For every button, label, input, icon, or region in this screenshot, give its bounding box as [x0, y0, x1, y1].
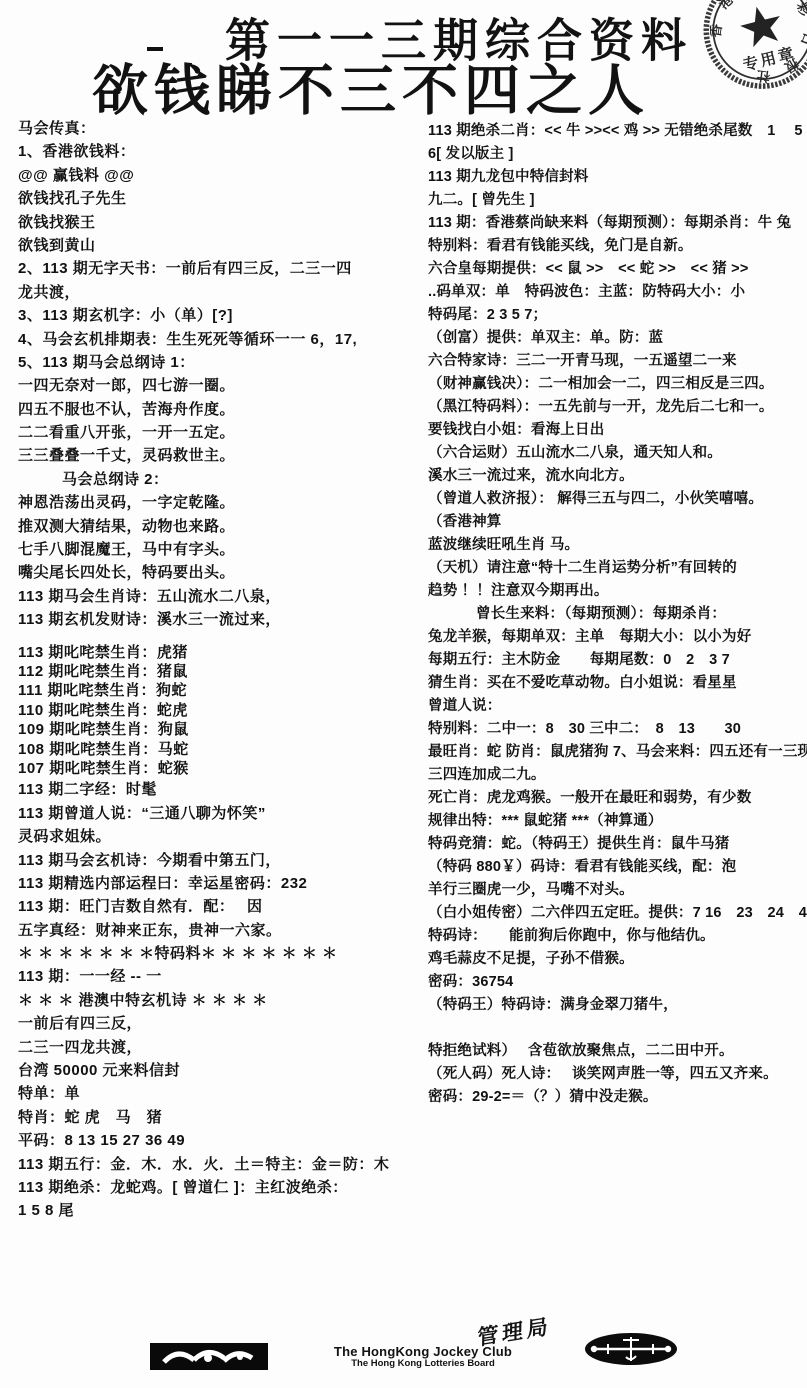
- text-line: （天机）请注意“特十二生肖运势分析”有回转的: [428, 557, 807, 580]
- text-line: 九二。[ 曾先生 ]: [428, 189, 807, 212]
- text-line: 113 期绝杀：龙蛇鸡。[ 曾道仁 ]：主红波绝杀：: [18, 1176, 428, 1199]
- lotteries-board-name: The Hong Kong Lotteries Board: [316, 1358, 530, 1369]
- page-subtitle: 欲钱睇不三不四之人: [92, 48, 650, 126]
- text-line: 二三一四龙共渡，: [18, 1036, 428, 1059]
- text-line: 兔龙羊猴，每期单双：主单 每期大小：以小为好: [428, 626, 807, 649]
- text-line: 109 期叱咤禁生肖：狗鼠: [18, 720, 428, 739]
- handwritten-note: 管理局: [477, 1310, 552, 1352]
- text-line: 特单：单: [18, 1082, 428, 1105]
- jockey-club-logo-graphic: [150, 1343, 268, 1370]
- text-line: 113 期曾道人说：“三通八聊为怀笑”: [18, 802, 428, 825]
- lotteries-board-logo: [583, 1330, 679, 1368]
- text-line: 2、113 期无字天书：一前后有四三反，二三一四: [18, 257, 428, 280]
- jockey-club-logo: [150, 1343, 268, 1370]
- text-line: 马会总纲诗 2：: [18, 468, 428, 491]
- text-line: [428, 1017, 807, 1040]
- text-line: 马会传真：: [18, 117, 428, 140]
- text-line: ＊ ＊ ＊ ＊ ＊ ＊ ＊特码料＊ ＊ ＊ ＊ ＊ ＊ ＊: [18, 942, 428, 965]
- text-line: （六合运财）五山流水二八泉，通天知人和。: [428, 442, 807, 465]
- right-column: 113 期绝杀二肖：<< 牛 >><< 鸡 >> 无错绝杀尾数 1 56[ 发以…: [428, 120, 807, 1109]
- text-line: 二二看重八开张，一开一五定。: [18, 421, 428, 444]
- left-column: 马会传真：1、香港欲钱料：@@ 赢钱料 @@欲钱找孔子先生欲钱找猴王欲钱到黄山2…: [18, 117, 428, 1223]
- text-line: 欲钱找孔子先生: [18, 187, 428, 210]
- text-line: 113 期马会生肖诗：五山流水二八泉，: [18, 585, 428, 608]
- text-line: 4、马会玄机排期表：生生死死等循环一一 6，17,: [18, 328, 428, 351]
- text-line: 密码：29-2=＝（？）猜中没走猴。: [428, 1086, 807, 1109]
- text-line: （特码 880￥）码诗：看君有钱能买线，配：泡: [428, 856, 807, 879]
- text-line: 平码：8 13 15 27 36 49: [18, 1129, 428, 1152]
- text-line: 神恩浩荡出灵码，一字定乾隆。: [18, 491, 428, 514]
- text-line: 特码尾：2 3 5 7；: [428, 304, 807, 327]
- text-line: 曾长生来料：（每期预测）：每期杀肖：: [428, 603, 807, 626]
- text-line: 113 期绝杀二肖：<< 牛 >><< 鸡 >> 无错绝杀尾数 1 5: [428, 120, 807, 143]
- text-line: 六合特家诗：三二一开青马现，一五遥望二一来: [428, 350, 807, 373]
- text-line: 趋势 ！！注意双今期再出。: [428, 580, 807, 603]
- text-line: 111 期叱咤禁生肖：狗蛇: [18, 681, 428, 700]
- text-line: 113 期：一一经 -- 一: [18, 965, 428, 988]
- text-line: 规律出特：*** 鼠蛇猪 ***（神算通）: [428, 810, 807, 833]
- text-line: 特别料：二中一：8 30 三中二： 8 13 30: [428, 718, 807, 741]
- text-line: 113 期叱咤禁生肖：虎猪: [18, 643, 428, 662]
- text-line: 四五不服也不认，苦海舟作度。: [18, 398, 428, 421]
- text-line: 113 期五行：金．木．水．火．土＝特主：金＝防：木: [18, 1153, 428, 1176]
- text-line: 羊行三圈虎一少，马嘴不对头。: [428, 879, 807, 902]
- text-line: 特码竞猜：蛇。（特码王）提供生肖：鼠牛马猪: [428, 833, 807, 856]
- text-line: （特码王）特码诗：满身金翠刀猪牛，: [428, 994, 807, 1017]
- text-line: 113 期：香港蔡尚缺来料（每期预测）：每期杀肖：牛 兔: [428, 212, 807, 235]
- text-line: 嘴尖尾长四处长，特码要出头。: [18, 561, 428, 584]
- text-line: 七手八脚混魔王，马中有字头。: [18, 538, 428, 561]
- lottery-info-sheet: 第一一三期综合资料 欲钱睇不三不四之人 香港六合彩日报社 专用章 马会传真：1、…: [0, 0, 807, 1388]
- text-line: 1 5 8 尾: [18, 1199, 428, 1222]
- text-line: 113 期九龙包中特信封料: [428, 166, 807, 189]
- lotteries-board-logo-graphic: [583, 1330, 679, 1368]
- text-line: 107 期叱咤禁生肖：蛇猴: [18, 759, 428, 778]
- text-line: 最旺肖：蛇 防肖：鼠虎猪狗 7、马会来料：四五还有一三现，: [428, 741, 807, 764]
- text-line: 欲钱到黄山: [18, 234, 428, 257]
- text-line: 一前后有四三反，: [18, 1012, 428, 1035]
- text-line: （曾道人救济报）： 解得三五与四二，小伙笑嘻嘻。: [428, 488, 807, 511]
- text-line: 113 期：旺门吉数自然有．配： 因: [18, 895, 428, 918]
- text-line: （创富）提供：单双主：单。防：蓝: [428, 327, 807, 350]
- text-line: 猜生肖：买在不爱吃草动物。白小姐说：看星星: [428, 672, 807, 695]
- text-line: 1、香港欲钱料：: [18, 140, 428, 163]
- text-line: 112 期叱咤禁生肖：猪鼠: [18, 662, 428, 681]
- text-line: （财神赢钱决）：二一相加会一二，四三相反是三四。: [428, 373, 807, 396]
- text-line: 113 期马会玄机诗：今期看中第五门，: [18, 849, 428, 872]
- text-line: 五字真经：财神来正东，贵神一六家。: [18, 919, 428, 942]
- text-line: 六合皇每期提供：<< 鼠 >> << 蛇 >> << 猪 >>: [428, 258, 807, 281]
- text-line: 110 期叱咤禁生肖：蛇虎: [18, 701, 428, 720]
- text-line: 6[ 发以版主 ]: [428, 143, 807, 166]
- text-line: 三三叠叠一千丈，灵码救世主。: [18, 444, 428, 467]
- text-line: 台湾 50000 元来料信封: [18, 1059, 428, 1082]
- text-line: 三四连加成二九。: [428, 764, 807, 787]
- text-line: 5、113 期马会总纲诗 1：: [18, 351, 428, 374]
- text-line: 要钱找白小姐：看海上日出: [428, 419, 807, 442]
- text-line: 推双测大猜结果，动物也来路。: [18, 515, 428, 538]
- text-line: （白小姐传密）二六伴四五定旺。提供：7 16 23 24 45: [428, 902, 807, 925]
- text-line: 溪水三一流过来，流水向北方。: [428, 465, 807, 488]
- text-line: 龙共渡，: [18, 281, 428, 304]
- text-line: 鸡毛蒜皮不足提，子孙不借猴。: [428, 948, 807, 971]
- star-icon: [737, 2, 786, 49]
- text-line: 灵码求姐妹。: [18, 825, 428, 848]
- text-line: 108 期叱咤禁生肖：马蛇: [18, 740, 428, 759]
- text-line: 死亡肖：虎龙鸡猴。一般开在最旺和弱势，有少数: [428, 787, 807, 810]
- text-line: 曾道人说：: [428, 695, 807, 718]
- text-line: 特别料：看君有钱能买线，免门是自新。: [428, 235, 807, 258]
- text-line: （死人码）死人诗： 谈笑网声胜一等，四五又齐来。: [428, 1063, 807, 1086]
- text-line: 113 期玄机发财诗：溪水三一流过来，: [18, 608, 428, 631]
- text-line: 一四无奈对一郎，四七游一圈。: [18, 374, 428, 397]
- text-line: 每期五行：主木防金 每期尾数：0 2 3 7: [428, 649, 807, 672]
- text-line: 特码诗： 能前狗后你跑中，你与他结仇。: [428, 925, 807, 948]
- text-line: （香港神算: [428, 511, 807, 534]
- text-line: @@ 赢钱料 @@: [18, 164, 428, 187]
- text-line: ＊ ＊ ＊ 港澳中特玄机诗 ＊ ＊ ＊ ＊: [18, 989, 428, 1012]
- text-line: 113 期精选内部运程曰：幸运星密码：232: [18, 872, 428, 895]
- stamp-graphic: 香港六合彩日报社 专用章: [687, 0, 807, 109]
- text-line: （黑江特码料）：一五先前与一开，龙先后二七和一。: [428, 396, 807, 419]
- text-line: 特拒绝试料） 含苞欲放聚焦点，二二田中开。: [428, 1040, 807, 1063]
- text-line: 欲钱找猴王: [18, 211, 428, 234]
- text-line: 蓝波继续旺吼生肖 马。: [428, 534, 807, 557]
- text-line: ..码单双：单 特码波色：主蓝：防特码大小：小: [428, 281, 807, 304]
- text-line: 3、113 期玄机字：小（单）[?]: [18, 304, 428, 327]
- text-line: 密码：36754: [428, 971, 807, 994]
- text-line: 113 期二字经：时髦: [18, 778, 428, 801]
- circular-stamp: 香港六合彩日报社 专用章: [687, 0, 807, 109]
- text-line: 特肖：蛇 虎 马 猪: [18, 1106, 428, 1129]
